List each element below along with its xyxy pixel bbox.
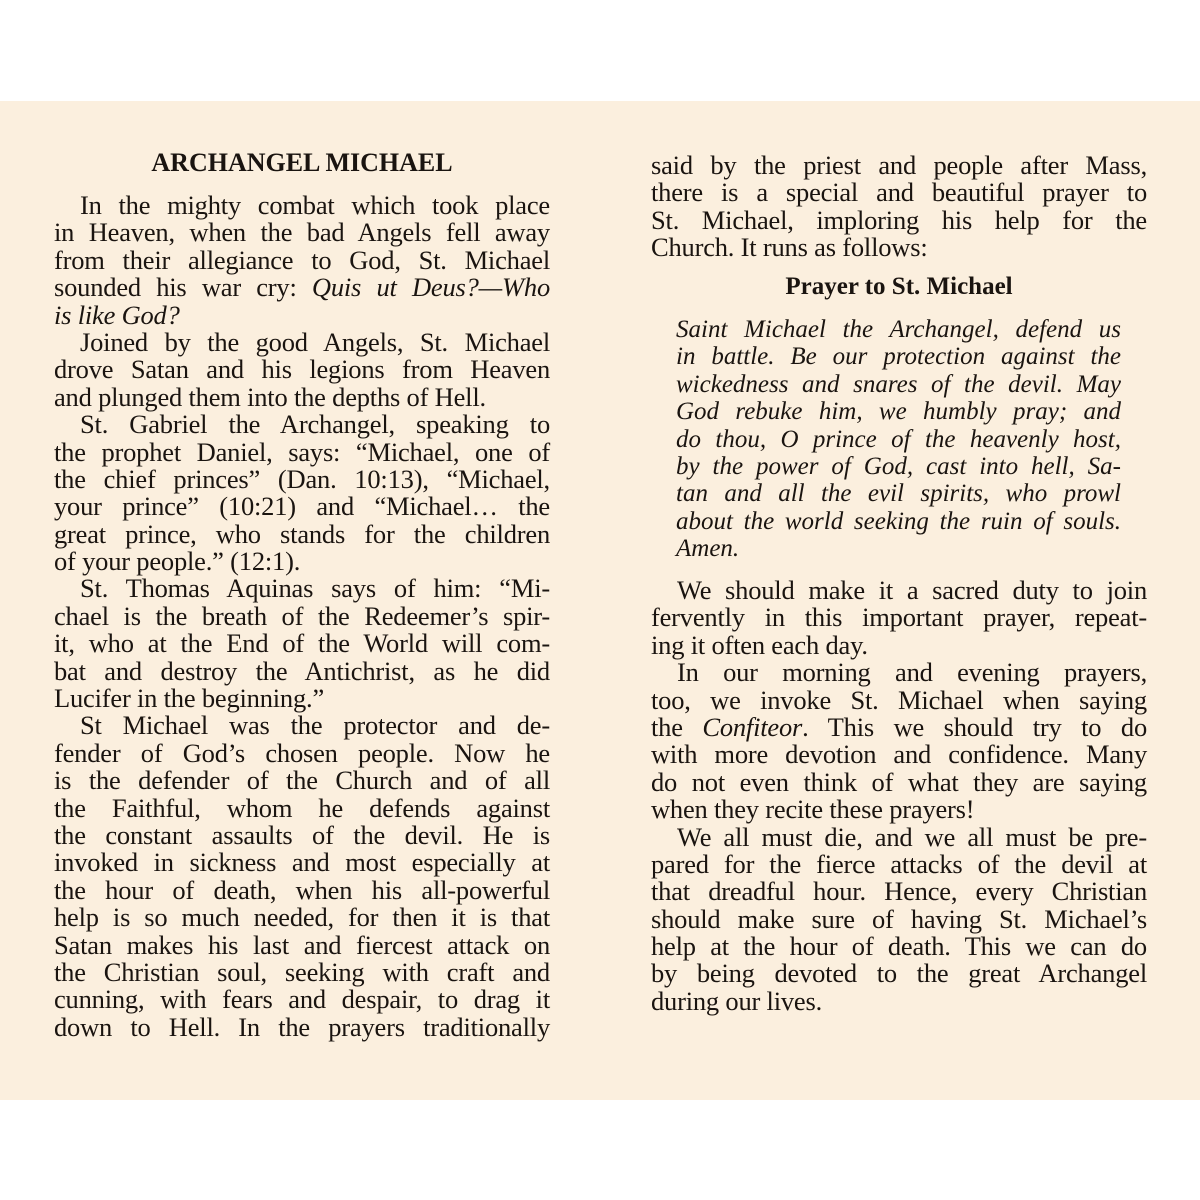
text-run: in battle. Be our protection against the xyxy=(676,343,1121,370)
text-run: the constant assaults of the devil. He i… xyxy=(54,820,550,850)
text-line: of your people.” (12:1). xyxy=(54,548,550,575)
text-line: God rebuke him, we humbly pray; and xyxy=(676,398,1121,425)
text-run: help at the hour of death. This we can d… xyxy=(651,931,1147,961)
text-line: by being devoted to the great Archangel xyxy=(651,960,1147,987)
text-line: with more devotion and confidence. Many xyxy=(651,741,1147,768)
text-line: and plunged them into the depths of Hell… xyxy=(54,384,550,411)
text-run: it, who at the End of the World will com… xyxy=(54,628,550,658)
text-line: fender of God’s chosen people. Now he xyxy=(54,740,550,767)
text-run: Joined by the good Angels, St. Michael xyxy=(80,327,550,357)
text-run: great prince, who stands for the childre… xyxy=(54,519,550,549)
text-line: the constant assaults of the devil. He i… xyxy=(54,822,550,849)
text-line: great prince, who stands for the childre… xyxy=(54,521,550,548)
text-line: cunning, with fears and despair, to drag… xyxy=(54,986,550,1013)
text-run: fender of God’s chosen people. Now he xyxy=(54,738,550,768)
text-run: In the mighty combat which took place xyxy=(80,190,550,220)
text-run: the xyxy=(651,712,702,742)
text-run: Saint Michael the Archangel, defend us xyxy=(676,316,1121,343)
text-run: drove Satan and his legions from Heaven xyxy=(54,354,550,384)
text-line: wickedness and snares of the devil. May xyxy=(676,371,1121,398)
text-line: St. Michael, imploring his help for the xyxy=(651,207,1147,234)
text-line: help is so much needed, for then it is t… xyxy=(54,904,550,931)
text-line: Amen. xyxy=(676,535,1121,562)
italic-term: Confiteor xyxy=(702,712,802,742)
text-run: the Christian soul, seeking with craft a… xyxy=(54,957,550,987)
text-run: St. Gabriel the Archangel, speaking to xyxy=(80,409,550,439)
right-column-intro: said by the priest and people after Mass… xyxy=(651,152,1147,262)
text-run: . This we should try to do xyxy=(802,712,1147,742)
text-line: sounded his war cry: Quis ut Deus?—Who xyxy=(54,274,550,301)
text-line: from their allegiance to God, St. Michae… xyxy=(54,247,550,274)
text-line: invoked in sickness and most especially … xyxy=(54,849,550,876)
text-line: Joined by the good Angels, St. Michael xyxy=(54,329,550,356)
text-run: from their allegiance to God, St. Michae… xyxy=(54,245,550,275)
text-run: bat and destroy the Antichrist, as he di… xyxy=(54,656,550,686)
text-line: tan and all the evil spirits, who prowl xyxy=(676,480,1121,507)
text-run: Amen. xyxy=(676,535,739,562)
text-line: pared for the fierce attacks of the devi… xyxy=(651,851,1147,878)
text-line: when they recite these prayers! xyxy=(651,796,1147,823)
text-run: help is so much needed, for then it is t… xyxy=(54,902,550,932)
text-line: about the world seeking the ruin of soul… xyxy=(676,508,1121,535)
text-run: about the world seeking the ruin of soul… xyxy=(676,508,1121,535)
text-line: the chief princes” (Dan. 10:13), “Michae… xyxy=(54,466,550,493)
text-run: St Michael was the protector and de- xyxy=(80,710,550,740)
text-line: help at the hour of death. This we can d… xyxy=(651,933,1147,960)
text-run: too, we invoke St. Michael when saying xyxy=(651,685,1147,715)
text-run: that dreadful hour. Hence, every Christi… xyxy=(651,876,1147,906)
text-run: should make sure of having St. Michael’s xyxy=(651,904,1147,934)
text-run: the prophet Daniel, says: “Michael, one … xyxy=(54,437,550,467)
text-line: in battle. Be our protection against the xyxy=(676,343,1121,370)
text-line: the prophet Daniel, says: “Michael, one … xyxy=(54,439,550,466)
text-line: ing it often each day. xyxy=(651,632,1147,659)
text-run: Church. It runs as follows: xyxy=(651,232,928,262)
text-line: is like God? xyxy=(54,302,550,329)
text-line: In the mighty combat which took place xyxy=(54,192,550,219)
text-run: when they recite these prayers! xyxy=(651,794,974,824)
text-line: St. Thomas Aquinas says of him: “Mi- xyxy=(54,575,550,602)
text-line: that dreadful hour. Hence, every Christi… xyxy=(651,878,1147,905)
text-run: there is a special and beautiful prayer … xyxy=(651,177,1147,207)
text-run: during our lives. xyxy=(651,986,822,1016)
text-run: pared for the fierce attacks of the devi… xyxy=(651,849,1147,879)
text-run: the chief princes” (Dan. 10:13), “Michae… xyxy=(54,464,550,494)
text-line: the hour of death, when his all-powerful xyxy=(54,877,550,904)
text-run: sounded his war cry: xyxy=(54,272,312,302)
text-run: your prince” (10:21) and “Michael… the xyxy=(54,491,550,521)
text-run: We should make it a sacred duty to join xyxy=(677,575,1147,605)
text-line: it, who at the End of the World will com… xyxy=(54,630,550,657)
text-line: the Christian soul, seeking with craft a… xyxy=(54,959,550,986)
left-column-body: In the mighty combat which took placein … xyxy=(54,192,550,1041)
book-page-spread: ARCHANGEL MICHAEL In the mighty combat w… xyxy=(0,101,1200,1100)
text-line: should make sure of having St. Michael’s xyxy=(651,906,1147,933)
italic-quote: Quis ut Deus?—Who xyxy=(312,272,550,302)
text-line: Lucifer in the beginning.” xyxy=(54,685,550,712)
text-line: St Michael was the protector and de- xyxy=(54,712,550,739)
text-run: Lucifer in the beginning.” xyxy=(54,683,324,713)
text-line: said by the priest and people after Mass… xyxy=(651,152,1147,179)
right-column-closing: We should make it a sacred duty to joinf… xyxy=(651,577,1147,1015)
text-run: and plunged them into the depths of Hell… xyxy=(54,382,486,412)
text-run: said by the priest and people after Mass… xyxy=(651,150,1147,180)
chapter-title: ARCHANGEL MICHAEL xyxy=(54,148,550,178)
text-line: is the defender of the Church and of all xyxy=(54,767,550,794)
text-run: Satan makes his last and fiercest attack… xyxy=(54,930,550,960)
text-line: Church. It runs as follows: xyxy=(651,234,1147,261)
text-run: chael is the breath of the Redeemer’s sp… xyxy=(54,601,550,631)
text-line: We should make it a sacred duty to join xyxy=(651,577,1147,604)
text-line: St. Gabriel the Archangel, speaking to xyxy=(54,411,550,438)
text-run: with more devotion and confidence. Many xyxy=(651,739,1147,769)
text-run: St. Michael, imploring his help for the xyxy=(651,205,1147,235)
text-run: by being devoted to the great Archangel xyxy=(651,958,1147,988)
text-line: Satan makes his last and fiercest attack… xyxy=(54,932,550,959)
text-run: down to Hell. In the prayers traditional… xyxy=(54,1012,550,1042)
text-line: We all must die, and we all must be pre- xyxy=(651,824,1147,851)
text-run: by the power of God, cast into hell, Sa- xyxy=(676,453,1121,480)
prayer-text: Saint Michael the Archangel, defend usin… xyxy=(676,316,1121,563)
text-line: bat and destroy the Antichrist, as he di… xyxy=(54,658,550,685)
text-run: We all must die, and we all must be pre- xyxy=(677,822,1147,852)
text-run: cunning, with fears and despair, to drag… xyxy=(54,984,550,1014)
text-line: fervently in this important prayer, repe… xyxy=(651,604,1147,631)
text-run: St. Thomas Aquinas says of him: “Mi- xyxy=(80,573,550,603)
prayer-title: Prayer to St. Michael xyxy=(651,273,1147,301)
text-line: your prince” (10:21) and “Michael… the xyxy=(54,493,550,520)
text-line: by the power of God, cast into hell, Sa- xyxy=(676,453,1121,480)
italic-quote: is like God? xyxy=(54,300,180,330)
text-line: In our morning and evening prayers, xyxy=(651,659,1147,686)
text-line: the Faithful, whom he defends against xyxy=(54,795,550,822)
text-run: of your people.” (12:1). xyxy=(54,546,300,576)
text-run: In our morning and evening prayers, xyxy=(677,657,1147,687)
text-run: ing it often each day. xyxy=(651,630,868,660)
text-line: do not even think of what they are sayin… xyxy=(651,769,1147,796)
text-line: down to Hell. In the prayers traditional… xyxy=(54,1014,550,1041)
text-line: chael is the breath of the Redeemer’s sp… xyxy=(54,603,550,630)
text-run: do not even think of what they are sayin… xyxy=(651,767,1147,797)
text-run: the hour of death, when his all-powerful xyxy=(54,875,550,905)
text-run: in Heaven, when the bad Angels fell away xyxy=(54,217,550,247)
text-line: there is a special and beautiful prayer … xyxy=(651,179,1147,206)
text-run: is the defender of the Church and of all xyxy=(54,765,550,795)
text-run: invoked in sickness and most especially … xyxy=(54,847,550,877)
text-run: do thou, O prince of the heavenly host, xyxy=(676,426,1121,453)
text-line: during our lives. xyxy=(651,988,1147,1015)
text-line: do thou, O prince of the heavenly host, xyxy=(676,426,1121,453)
text-line: in Heaven, when the bad Angels fell away xyxy=(54,219,550,246)
text-line: drove Satan and his legions from Heaven xyxy=(54,356,550,383)
text-line: the Confiteor. This we should try to do xyxy=(651,714,1147,741)
text-line: too, we invoke St. Michael when saying xyxy=(651,687,1147,714)
text-line: Saint Michael the Archangel, defend us xyxy=(676,316,1121,343)
text-run: the Faithful, whom he defends against xyxy=(54,793,550,823)
text-run: God rebuke him, we humbly pray; and xyxy=(676,398,1121,425)
text-run: tan and all the evil spirits, who prowl xyxy=(676,480,1121,507)
text-run: fervently in this important prayer, repe… xyxy=(651,602,1147,632)
text-run: wickedness and snares of the devil. May xyxy=(676,371,1121,398)
